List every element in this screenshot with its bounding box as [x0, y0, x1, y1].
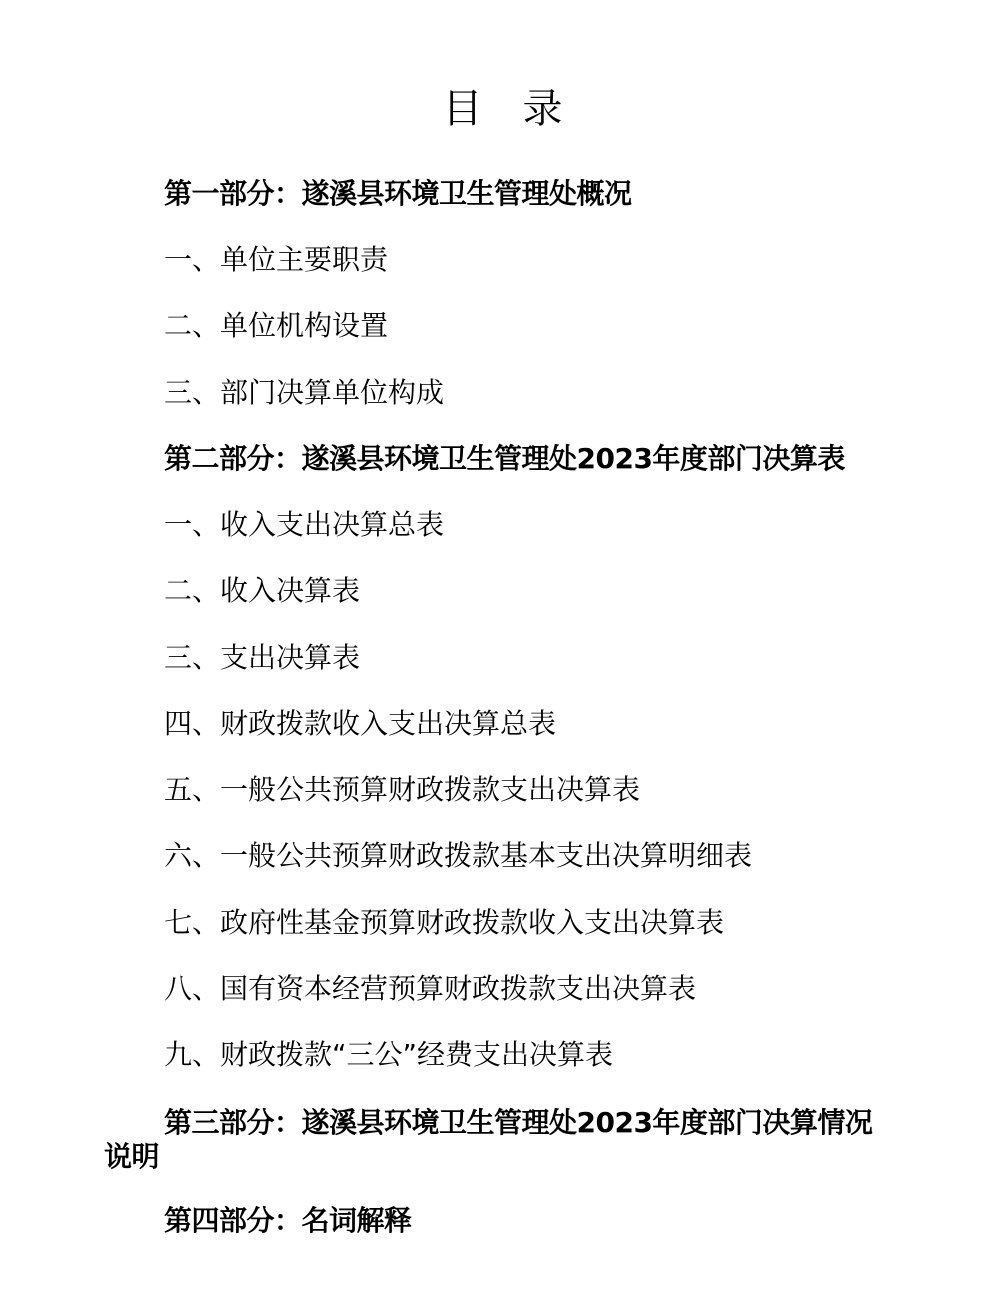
toc-item: 八、国有资本经营预算财政拨款支出决算表 — [164, 971, 696, 1007]
toc-item: 三、部门决算单位构成 — [164, 375, 444, 411]
toc-item: 六、一般公共预算财政拨款基本支出决算明细表 — [164, 838, 752, 874]
toc-item: 三、支出决算表 — [164, 640, 360, 676]
toc-item: 二、单位机构设置 — [164, 308, 388, 344]
toc-item: 五、一般公共预算财政拨款支出决算表 — [164, 772, 640, 808]
toc-item: 二、收入决算表 — [164, 573, 360, 609]
toc-item: 七、政府性基金预算财政拨款收入支出决算表 — [164, 905, 724, 941]
toc-item: 九、财政拨款“三公”经费支出决算表 — [164, 1037, 613, 1073]
toc-item: 一、收入支出决算总表 — [164, 507, 444, 543]
toc-part-3: 第三部分：遂溪县环境卫生管理处2023年度部门决算情况说明 — [104, 1106, 894, 1174]
toc-part-4: 第四部分：名词解释 — [164, 1203, 412, 1239]
toc-item: 一、单位主要职责 — [164, 242, 388, 278]
toc-part-2: 第二部分：遂溪县环境卫生管理处2023年度部门决算表 — [164, 441, 845, 477]
page-title: 目录 — [0, 84, 1005, 134]
toc-part-1: 第一部分：遂溪县环境卫生管理处概况 — [164, 176, 632, 212]
toc-item: 四、财政拨款收入支出决算总表 — [164, 706, 556, 742]
